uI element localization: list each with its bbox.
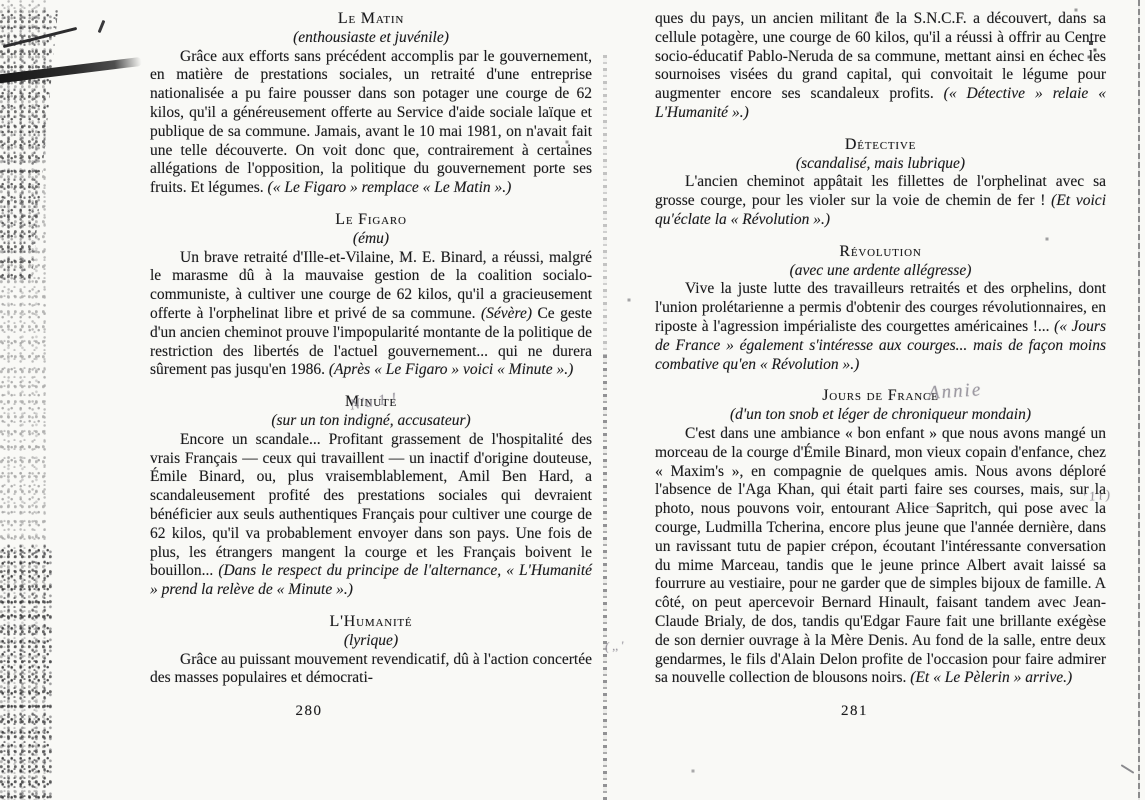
scan-specks xyxy=(0,0,2,2)
newspaper-section: L'Humanité(lyrique)Grâce au puissant mou… xyxy=(150,613,592,688)
body-text: L'ancien cheminot appâtait les fillettes… xyxy=(655,173,1106,209)
ink-mark xyxy=(98,20,106,33)
paragraph: Un brave retraité d'Ille-et-Vilaine, M. … xyxy=(150,249,592,381)
handwritten-margin-mark: ' 1 ı ) xyxy=(1082,487,1111,506)
newspaper-section: Minute(sur un ton indigné, accusateur)En… xyxy=(150,393,592,600)
stage-direction: (Et « Le Pèlerin » arrive.) xyxy=(910,669,1072,686)
section-tone: (lyrique) xyxy=(150,632,592,651)
section-title: Détective xyxy=(655,136,1106,155)
paragraph: Vive la juste lutte des travailleurs ret… xyxy=(655,280,1106,374)
scan-edge-noise-left-bottom xyxy=(0,545,52,800)
section-tone: (enthousiaste et juvénile) xyxy=(150,29,592,48)
section-tone: (scandalisé, mais lubrique) xyxy=(655,155,1106,174)
paragraph: Encore un scandale... Profitant grasseme… xyxy=(150,431,592,600)
newspaper-section: ques du pays, un ancien militant de la S… xyxy=(655,10,1106,123)
newspaper-section: Le Figaro(ému)Un brave retraité d'Ille-e… xyxy=(150,211,592,380)
newspaper-section: Détective(scandalisé, mais lubrique)L'an… xyxy=(655,136,1106,230)
newspaper-section: Le Matin(enthousiaste et juvénile)Grâce … xyxy=(150,10,592,198)
newspaper-section: Révolution(avec une ardente allégresse)V… xyxy=(655,243,1106,375)
body-text: C'est dans une ambiance « bon enfant » q… xyxy=(655,425,1106,686)
scan-corner-mark xyxy=(1121,764,1135,774)
section-tone: (sur un ton indigné, accusateur) xyxy=(150,412,592,431)
body-text: Grâce aux efforts sans précédent accompl… xyxy=(150,48,592,197)
section-tone: (avec une ardente allégresse) xyxy=(655,262,1106,281)
stage-direction: (« Le Figaro » remplace « Le Matin ».) xyxy=(268,179,512,196)
handwritten-margin-mark: ( ,, ' xyxy=(604,638,624,654)
stage-direction: (Sévère) xyxy=(481,305,538,322)
scan-edge-line-right xyxy=(1138,0,1140,800)
section-title: Jours de France xyxy=(655,387,1106,406)
stage-direction: (Après « Le Figaro » voici « Minute ».) xyxy=(329,361,573,378)
section-title: Le Figaro xyxy=(150,211,592,230)
section-title: Révolution xyxy=(655,243,1106,262)
page-left: Le Matin(enthousiaste et juvénile)Grâce … xyxy=(150,10,592,721)
handwritten-mark: ı . xyxy=(402,250,411,265)
scan-edge-noise-left-top xyxy=(0,10,58,280)
page-gutter-line xyxy=(603,355,607,800)
section-tone: (ému) xyxy=(150,230,592,249)
page-number: 281 xyxy=(629,702,1080,721)
paragraph: Grâce au puissant mouvement revendicatif… xyxy=(150,651,592,689)
page-number: 280 xyxy=(88,702,530,721)
page-gutter-line xyxy=(603,55,607,355)
paragraph: C'est dans une ambiance « bon enfant » q… xyxy=(655,425,1106,688)
paragraph: Grâce aux efforts sans précédent accompl… xyxy=(150,48,592,198)
newspaper-section: Jours de France(d'un ton snob et léger d… xyxy=(655,387,1106,688)
body-text: Vive la juste lutte des travailleurs ret… xyxy=(655,280,1106,335)
book-scan: Le Matin(enthousiaste et juvénile)Grâce … xyxy=(0,0,1145,800)
body-text: Encore un scandale... Profitant grasseme… xyxy=(150,431,592,580)
section-tone: (d'un ton snob et léger de chroniqueur m… xyxy=(655,406,1106,425)
body-text: Grâce au puissant mouvement revendicatif… xyxy=(150,651,592,687)
paragraph: L'ancien cheminot appâtait les fillettes… xyxy=(655,173,1106,229)
section-title: L'Humanité xyxy=(150,613,592,632)
page-right: ques du pays, un ancien militant de la S… xyxy=(655,10,1106,721)
handwritten-annotation: Annie xyxy=(927,379,983,405)
section-title: Le Matin xyxy=(150,10,592,29)
paragraph: ques du pays, un ancien militant de la S… xyxy=(655,10,1106,123)
